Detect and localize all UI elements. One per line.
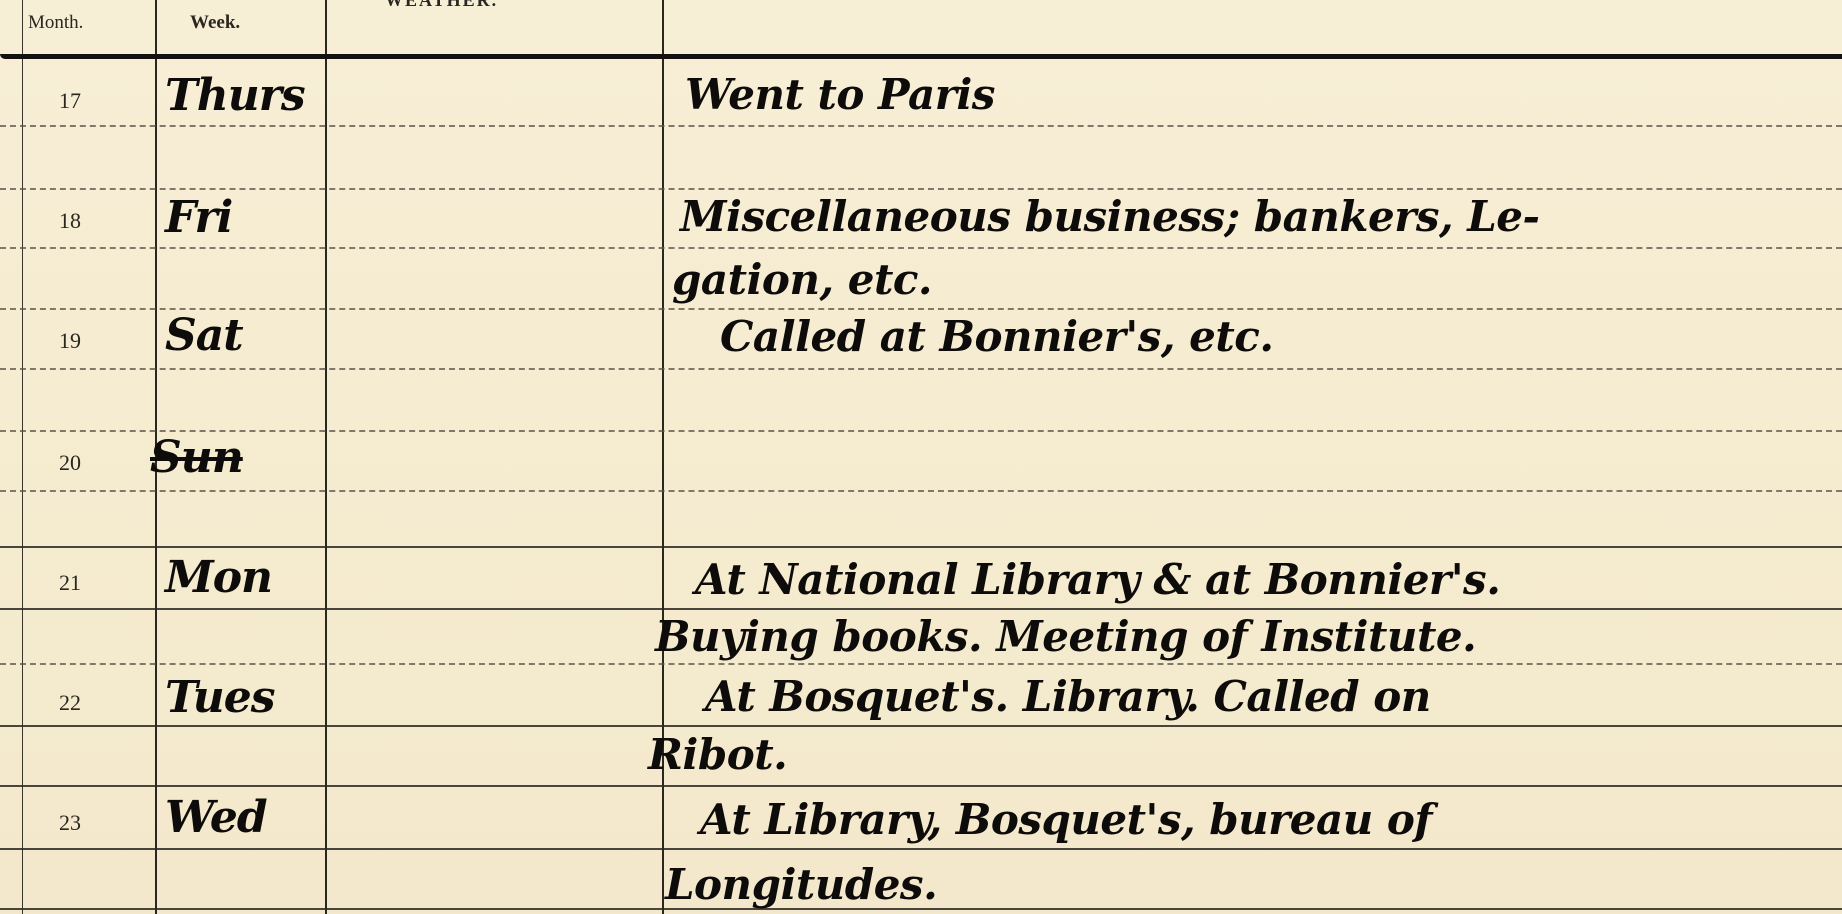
weekday-entry: Sat (165, 310, 243, 361)
day-number: 23 (40, 810, 100, 836)
row-rule (0, 188, 1842, 190)
remark-line: Called at Bonnier's, etc. (720, 312, 1273, 361)
row-rule (0, 725, 1842, 727)
remark-line: Longitudes. (665, 860, 937, 909)
day-number: 19 (40, 328, 100, 354)
day-number: 21 (40, 570, 100, 596)
row-rule (0, 247, 1842, 249)
row-rule (0, 490, 1842, 492)
day-number: 17 (40, 88, 100, 114)
weekday-entry: Mon (165, 552, 272, 603)
day-number: 22 (40, 690, 100, 716)
month-column-header: Month. (28, 12, 83, 34)
diary-page: WEATHER. Month. Week. 17 Thurs Went to P… (0, 0, 1842, 914)
week-column-header: Week. (190, 12, 240, 34)
row-rule (0, 785, 1842, 787)
weekday-entry: Sun (150, 432, 243, 483)
weekday-entry: Tues (165, 672, 274, 723)
month-column-rule (22, 0, 23, 914)
remark-line: At National Library & at Bonnier's. (695, 555, 1500, 604)
remark-line: Ribot. (648, 730, 787, 779)
weekday-entry: Wed (165, 792, 267, 843)
row-rule (0, 848, 1842, 850)
row-rule (0, 308, 1842, 310)
remark-line: Miscellaneous business; bankers, Le- (680, 192, 1539, 241)
remark-line: Went to Paris (685, 70, 995, 119)
remark-line: gation, etc. (672, 255, 932, 304)
row-rule (0, 368, 1842, 370)
row-rule (0, 430, 1842, 432)
weekday-entry: Thurs (165, 70, 305, 121)
day-number: 20 (40, 450, 100, 476)
weather-column-header: WEATHER. (385, 0, 498, 11)
remark-line: At Bosquet's. Library. Called on (705, 672, 1431, 721)
row-rule (0, 663, 1842, 665)
row-rule (0, 608, 1842, 610)
remark-line: At Library, Bosquet's, bureau of (700, 795, 1432, 844)
header-rule (0, 54, 1842, 59)
weekday-entry: Fri (165, 192, 232, 243)
day-number: 18 (40, 208, 100, 234)
row-rule (0, 546, 1842, 548)
row-rule (0, 125, 1842, 127)
remark-line: Buying books. Meeting of Institute. (655, 612, 1476, 661)
weather-column-rule (325, 0, 327, 914)
